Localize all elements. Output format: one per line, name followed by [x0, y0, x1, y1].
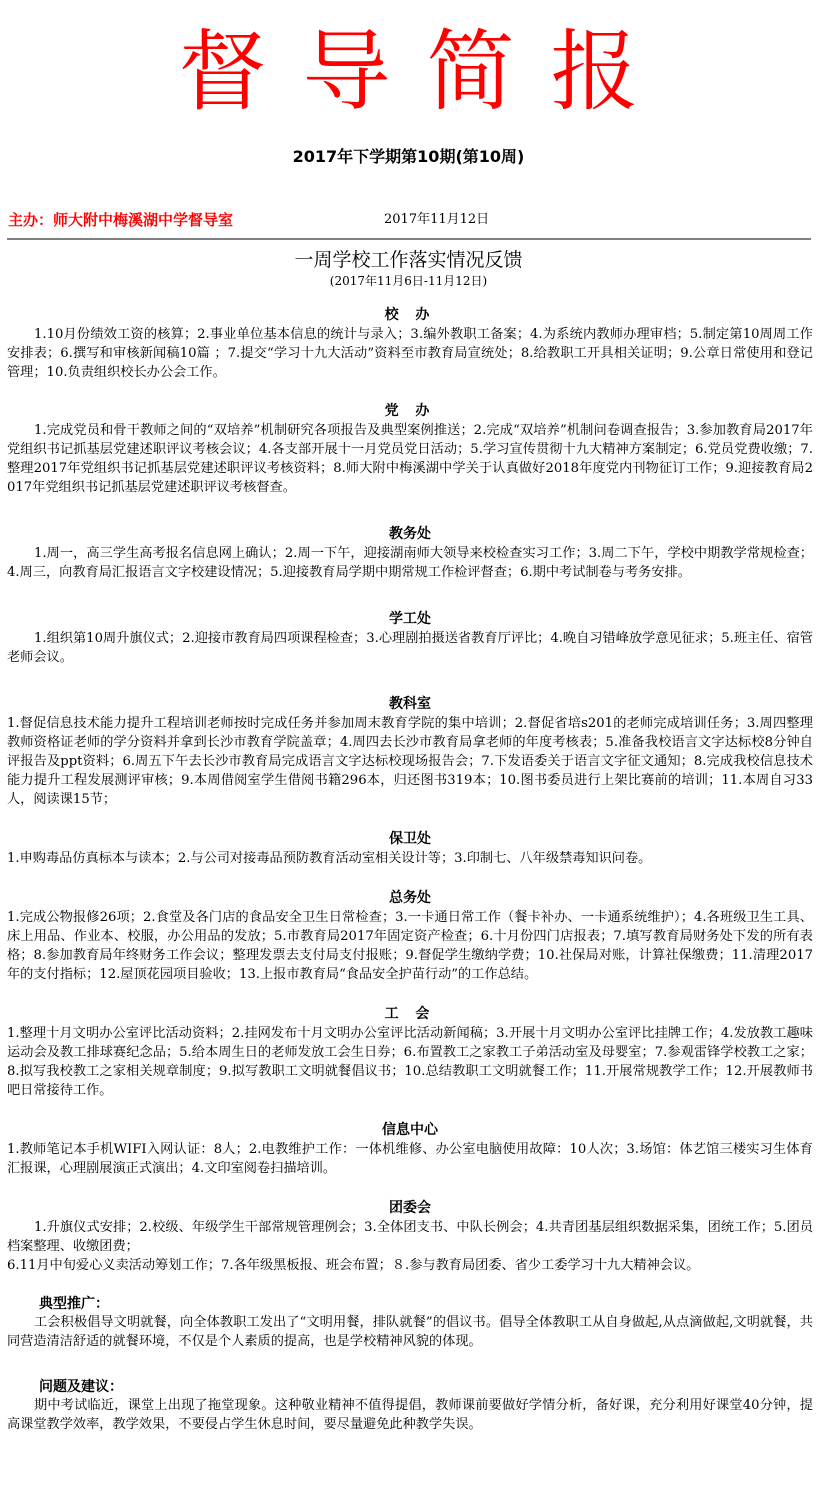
section-youth-league: 团委会 1.升旗仪式安排；2.校级、年级学生干部常规管理例会；3.全体团支书、中… [7, 1199, 813, 1275]
suggestions-body: 期中考试临近，课堂上出现了拖堂现象。这种敬业精神不值得提倡，教师课前要做好学情分… [7, 1396, 813, 1434]
section-body: 1.教师笔记本手机WIFI入网认证：8人；2.电教维护工作：一体机维修、办公室电… [7, 1140, 813, 1178]
section-body: 1.申购毒品仿真标本与读本；2.与公司对接毒品预防教育活动室相关设计等；3.印制… [7, 849, 813, 868]
section-body: 1.督促信息技术能力提升工程培训老师按时完成任务并参加周末教育学院的集中培训；2… [7, 714, 813, 809]
section-security-office: 保卫处 1.申购毒品仿真标本与读本；2.与公司对接毒品预防教育活动室相关设计等；… [7, 830, 813, 868]
section-general-affairs: 总务处 1.完成公物报修26项；2.食堂及各门店的食品安全卫生日常检查；3.一卡… [7, 889, 813, 984]
masthead-title: 督 导 简 报 [0, 22, 817, 122]
masthead-char: 简 [427, 22, 515, 122]
section-principal-office: 校 办 1.10月份绩效工资的核算；2.事业单位基本信息的统计与录入；3.编外教… [7, 306, 813, 382]
section-heading: 信息中心 [7, 1121, 813, 1140]
section-labor-union: 工 会 1.整理十月文明办公室评比活动资料；2.挂网发布十月文明办公室评比活动新… [7, 1005, 813, 1100]
section-body: 1.完成党员和骨干教师之间的“双培养”机制研究各项报告及典型案例推送；2.完成“… [7, 421, 813, 497]
issue-number: 2017年下学期第10期(第10周) [0, 147, 817, 167]
section-heading: 校 办 [7, 306, 813, 325]
suggestions-heading: 问题及建议： [39, 1379, 813, 1396]
masthead-char: 报 [551, 22, 639, 122]
section-academic-affairs: 教务处 1.周一，高三学生高考报名信息网上确认；2.周一下午，迎接湖南师大领导来… [7, 525, 813, 582]
section-heading: 党 办 [7, 402, 813, 421]
section-body: 1.完成公物报修26项；2.食堂及各门店的食品安全卫生日常检查；3.一卡通日常工… [7, 908, 813, 984]
sponsor-label: 主办：师大附中梅溪湖中学督导室 [8, 210, 233, 230]
highlight-heading: 典型推广： [39, 1296, 813, 1313]
section-information-center: 信息中心 1.教师笔记本手机WIFI入网认证：8人；2.电教维护工作：一体机维修… [7, 1121, 813, 1178]
section-body: 1.10月份绩效工资的核算；2.事业单位基本信息的统计与录入；3.编外教职工备案… [7, 325, 813, 382]
section-heading: 教务处 [7, 525, 813, 544]
section-research-office: 教科室 1.督促信息技术能力提升工程培训老师按时完成任务并参加周末教育学院的集中… [7, 695, 813, 809]
section-heading: 总务处 [7, 889, 813, 908]
section-heading: 团委会 [7, 1199, 813, 1218]
masthead-char: 督 [179, 22, 267, 122]
section-student-affairs: 学工处 1.组织第10周升旗仪式；2.迎接市教育局四项课程检查；3.心理剧拍摄送… [7, 610, 813, 667]
report-date-range: (2017年11月6日-11月12日) [0, 273, 817, 289]
section-heading: 教科室 [7, 695, 813, 714]
section-body: 1.整理十月文明办公室评比活动资料；2.挂网发布十月文明办公室评比活动新闻稿；3… [7, 1024, 813, 1100]
issue-date: 2017年11月12日 [384, 211, 489, 229]
report-content: 校 办 1.10月份绩效工资的核算；2.事业单位基本信息的统计与录入；3.编外教… [7, 306, 813, 1434]
section-body: 1.升旗仪式安排；2.校级、年级学生干部常规管理例会；3.全体团支书、中队长例会… [7, 1218, 813, 1256]
report-title: 一周学校工作落实情况反馈 [0, 248, 817, 272]
section-heading: 工 会 [7, 1005, 813, 1024]
masthead-char: 导 [303, 22, 391, 122]
section-body-continued: 6.11月中旬爱心义卖活动筹划工作；7.各年级黑板报、班会布置；８.参与教育局团… [7, 1256, 813, 1275]
section-party-office: 党 办 1.完成党员和骨干教师之间的“双培养”机制研究各项报告及典型案例推送；2… [7, 402, 813, 497]
section-highlight: 典型推广： 工会积极倡导文明就餐，向全体教职工发出了“文明用餐，排队就餐”的倡议… [7, 1296, 813, 1351]
section-suggestions: 问题及建议： 期中考试临近，课堂上出现了拖堂现象。这种敬业精神不值得提倡，教师课… [7, 1379, 813, 1434]
section-heading: 学工处 [7, 610, 813, 629]
section-body: 1.组织第10周升旗仪式；2.迎接市教育局四项课程检查；3.心理剧拍摄送省教育厅… [7, 629, 813, 667]
section-body: 1.周一，高三学生高考报名信息网上确认；2.周一下午，迎接湖南师大领导来校检查实… [7, 544, 813, 582]
header-divider [7, 238, 811, 240]
section-heading: 保卫处 [7, 830, 813, 849]
highlight-body: 工会积极倡导文明就餐，向全体教职工发出了“文明用餐，排队就餐”的倡议书。倡导全体… [7, 1313, 813, 1351]
